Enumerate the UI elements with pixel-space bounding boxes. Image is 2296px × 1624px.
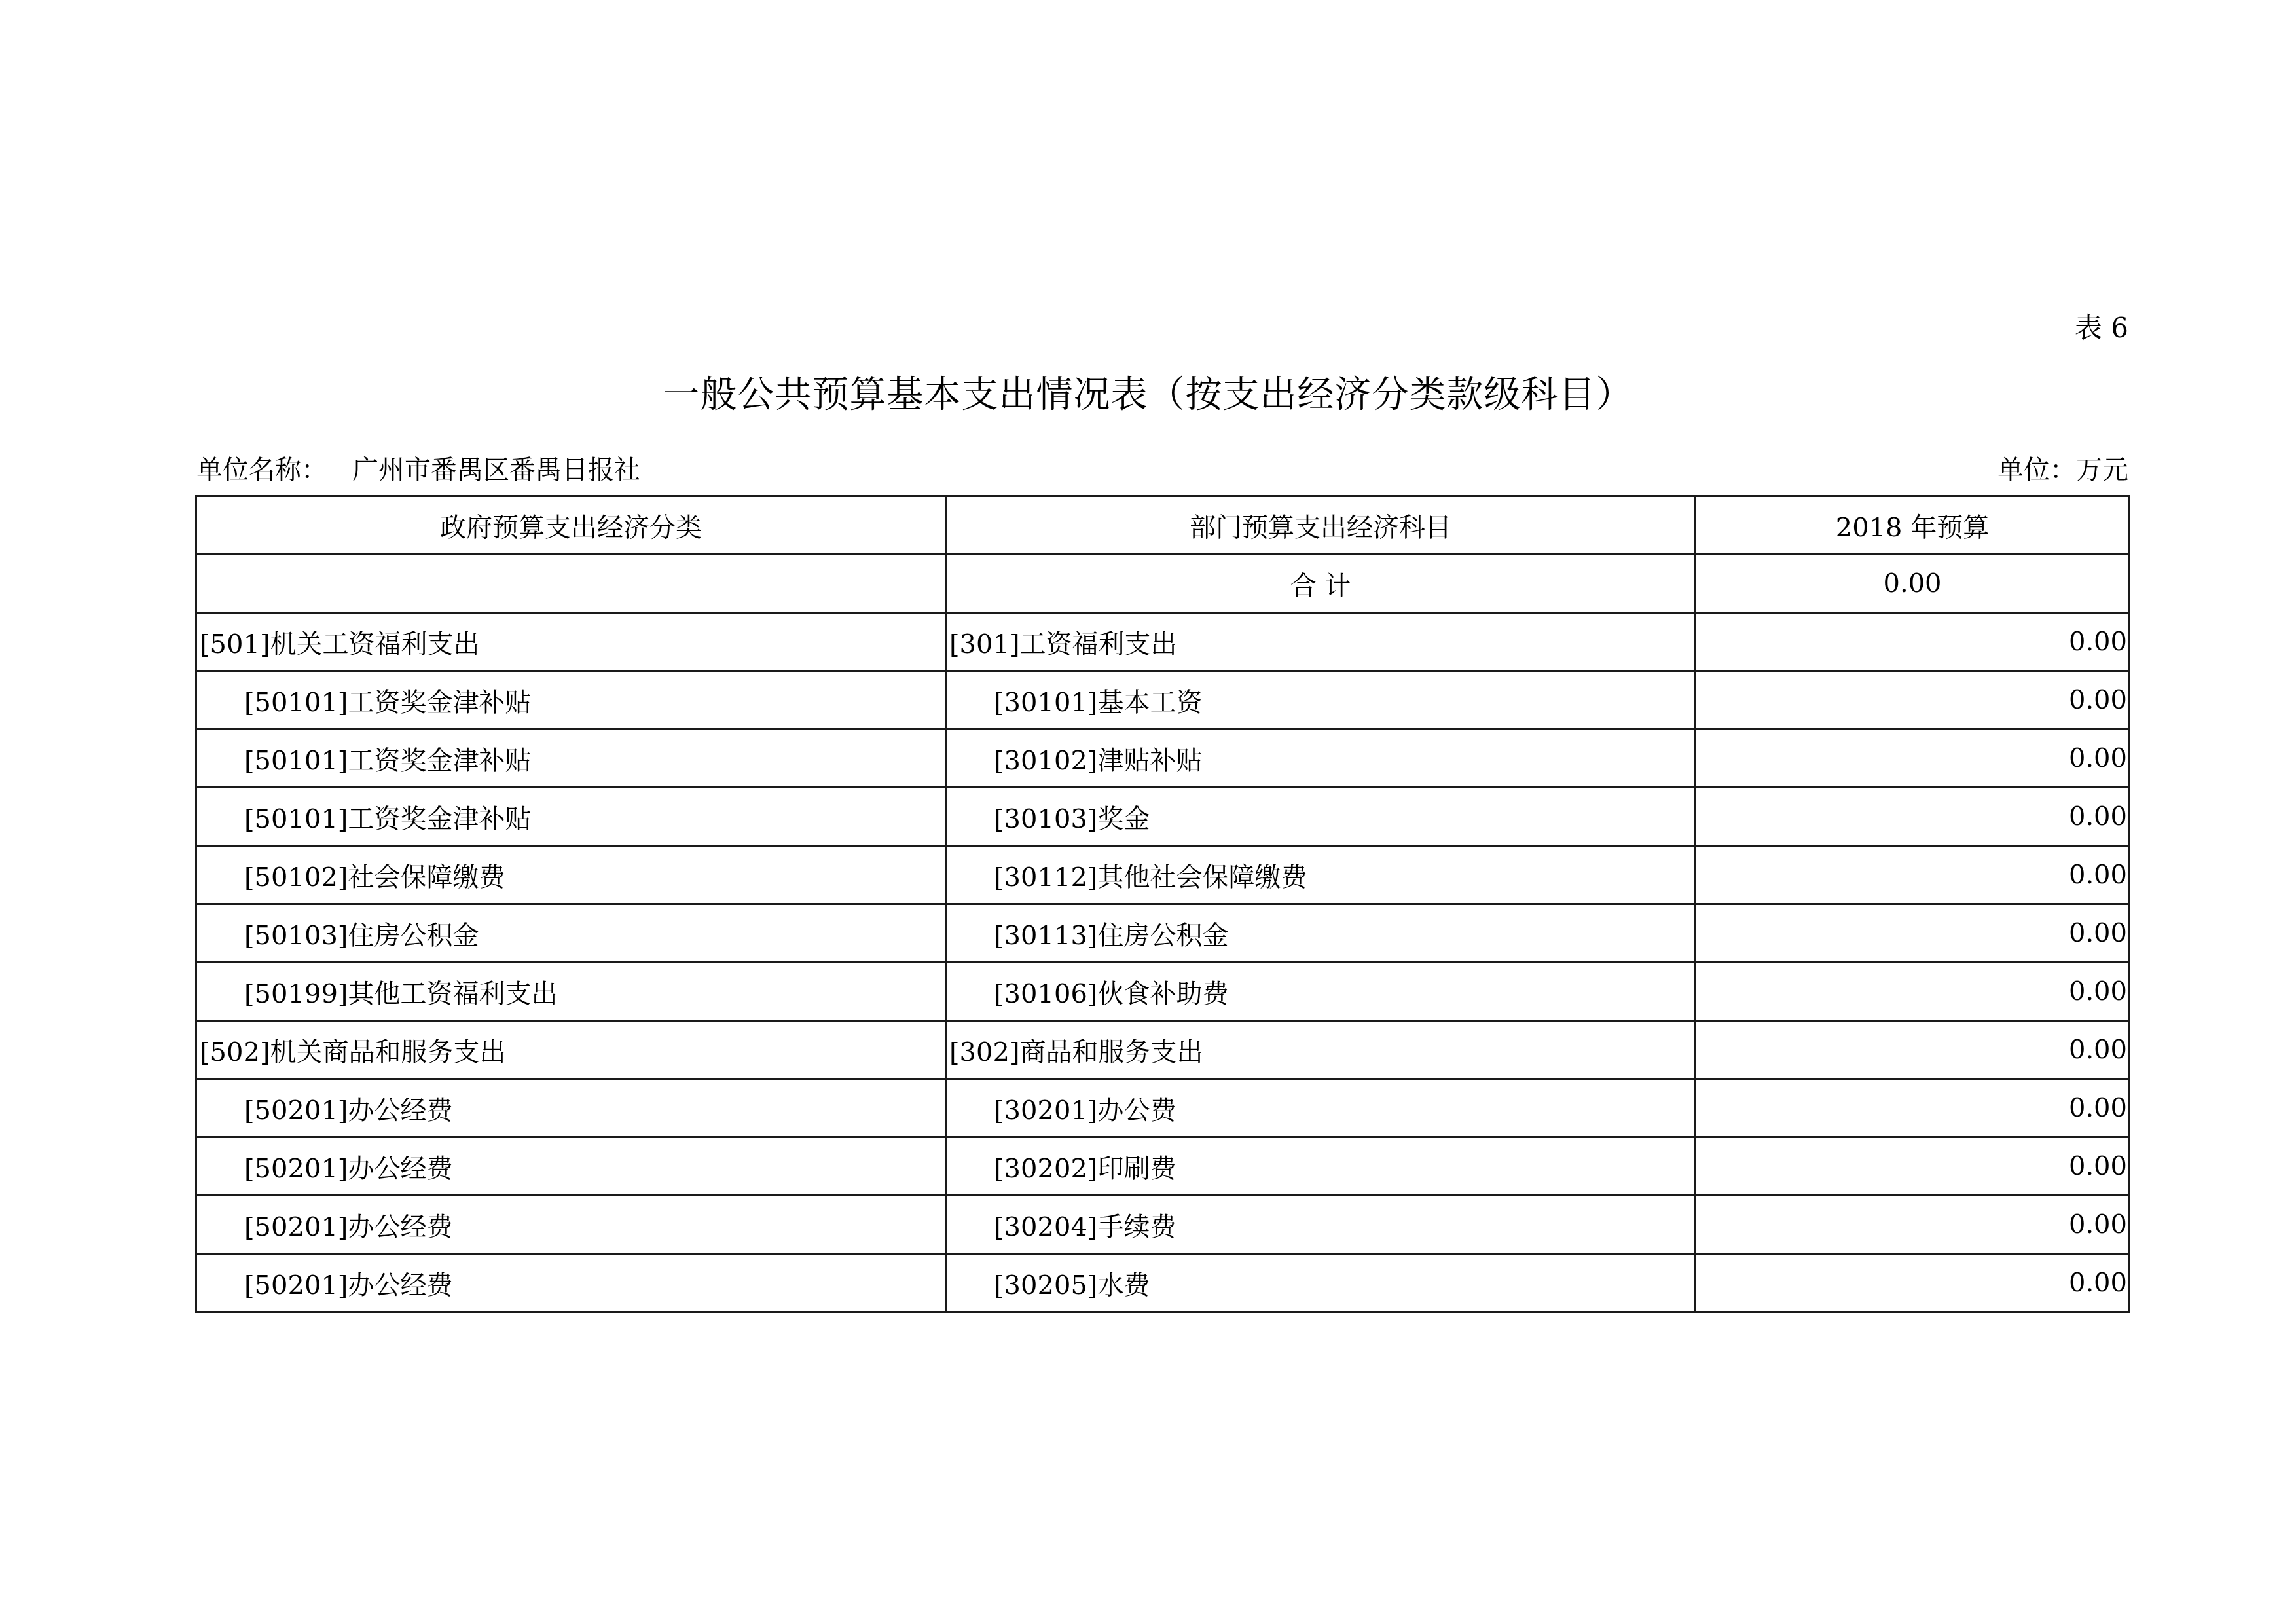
dept-cell: [30201]办公费	[946, 1079, 1696, 1137]
amount-cell: 0.00	[1696, 1137, 2130, 1196]
dept-cell: [30112]其他社会保障缴费	[946, 846, 1696, 904]
gov-cell: [50201]办公经费	[196, 1196, 946, 1254]
header-dept-subject: 部门预算支出经济科目	[946, 496, 1696, 555]
gov-cell: [50103]住房公积金	[196, 904, 946, 963]
amount-cell: 0.00	[1696, 1254, 2130, 1312]
gov-cell: [50201]办公经费	[196, 1137, 946, 1196]
header-row: 政府预算支出经济分类 部门预算支出经济科目 2018 年预算	[196, 496, 2130, 555]
table-row: [50201]办公经费[30205]水费0.00	[196, 1254, 2130, 1312]
dept-cell: [30205]水费	[946, 1254, 1696, 1312]
gov-cell: [50101]工资奖金津补贴	[196, 729, 946, 788]
unit-name-value: 广州市番禺区番禺日报社	[352, 455, 640, 485]
amount-cell: 0.00	[1696, 788, 2130, 846]
amount-cell: 0.00	[1696, 904, 2130, 963]
dept-cell: [30101]基本工资	[946, 671, 1696, 729]
dept-cell: [30103]奖金	[946, 788, 1696, 846]
gov-cell: [50101]工资奖金津补贴	[196, 671, 946, 729]
gov-cell: [501]机关工资福利支出	[196, 613, 946, 671]
budget-table: 政府预算支出经济分类 部门预算支出经济科目 2018 年预算 合 计 0.00 …	[195, 495, 2130, 1313]
amount-cell: 0.00	[1696, 963, 2130, 1021]
header-gov-classification: 政府预算支出经济分类	[196, 496, 946, 555]
currency-unit: 单位：万元	[1997, 449, 2128, 487]
table-row: [50101]工资奖金津补贴[30103]奖金0.00	[196, 788, 2130, 846]
amount-cell: 0.00	[1696, 1021, 2130, 1079]
table-row: [50101]工资奖金津补贴[30102]津贴补贴0.00	[196, 729, 2130, 788]
table-row: [50102]社会保障缴费[30112]其他社会保障缴费0.00	[196, 846, 2130, 904]
unit-name-label: 单位名称：	[196, 455, 327, 485]
amount-cell: 0.00	[1696, 729, 2130, 788]
dept-cell: [30102]津贴补贴	[946, 729, 1696, 788]
gov-cell: [50201]办公经费	[196, 1254, 946, 1312]
total-label: 合 计	[946, 555, 1696, 613]
table-row: [501]机关工资福利支出[301]工资福利支出0.00	[196, 613, 2130, 671]
dept-cell: [30113]住房公积金	[946, 904, 1696, 963]
total-row: 合 计 0.00	[196, 555, 2130, 613]
amount-cell: 0.00	[1696, 613, 2130, 671]
dept-cell: [302]商品和服务支出	[946, 1021, 1696, 1079]
table-row: [50199]其他工资福利支出[30106]伙食补助费0.00	[196, 963, 2130, 1021]
amount-cell: 0.00	[1696, 671, 2130, 729]
table-row: [50101]工资奖金津补贴[30101]基本工资0.00	[196, 671, 2130, 729]
amount-cell: 0.00	[1696, 1196, 2130, 1254]
table-row: [502]机关商品和服务支出[302]商品和服务支出0.00	[196, 1021, 2130, 1079]
header-budget-2018: 2018 年预算	[1696, 496, 2130, 555]
table-row: [50201]办公经费[30202]印刷费0.00	[196, 1137, 2130, 1196]
amount-cell: 0.00	[1696, 1079, 2130, 1137]
gov-cell: [50199]其他工资福利支出	[196, 963, 946, 1021]
table-row: [50201]办公经费[30201]办公费0.00	[196, 1079, 2130, 1137]
gov-cell: [50201]办公经费	[196, 1079, 946, 1137]
dept-cell: [301]工资福利支出	[946, 613, 1696, 671]
table-row: [50201]办公经费[30204]手续费0.00	[196, 1196, 2130, 1254]
amount-cell: 0.00	[1696, 846, 2130, 904]
dept-cell: [30204]手续费	[946, 1196, 1696, 1254]
gov-cell: [50102]社会保障缴费	[196, 846, 946, 904]
unit-name: 单位名称：广州市番禺区番禺日报社	[196, 449, 640, 487]
total-amount: 0.00	[1696, 555, 2130, 613]
page-title: 一般公共预算基本支出情况表（按支出经济分类款级科目）	[0, 365, 2296, 418]
gov-cell: [502]机关商品和服务支出	[196, 1021, 946, 1079]
gov-cell: [50101]工资奖金津补贴	[196, 788, 946, 846]
table-number: 表 6	[2075, 306, 2128, 346]
total-gov	[196, 555, 946, 613]
dept-cell: [30106]伙食补助费	[946, 963, 1696, 1021]
dept-cell: [30202]印刷费	[946, 1137, 1696, 1196]
table-row: [50103]住房公积金[30113]住房公积金0.00	[196, 904, 2130, 963]
